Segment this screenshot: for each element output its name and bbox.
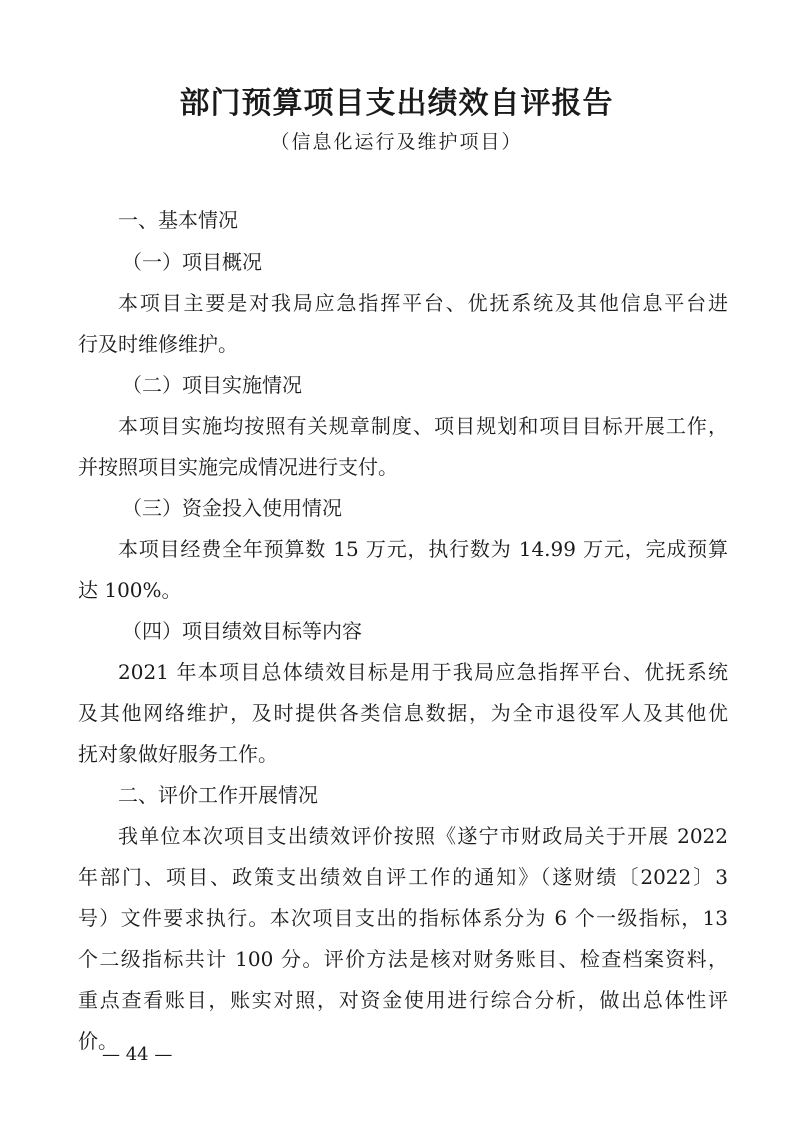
paragraph-line: 我单位本次项目支出绩效评价按照《遂宁市财政局关于开展 2022 [118, 824, 728, 848]
section-heading: 二、评价工作开展情况 [118, 783, 318, 807]
paragraph-line: 号）文件要求执行。本次项目支出的指标体系分为 6 个一级指标，13 [78, 906, 728, 930]
subsection-heading: （一）项目概况 [122, 250, 262, 274]
paragraph-line: 本项目经费全年预算数 15 万元，执行数为 14.99 万元，完成预算 [118, 537, 728, 561]
paragraph-line: 2021 年本项目总体绩效目标是用于我局应急指挥平台、优抚系统 [118, 660, 728, 684]
subsection-heading: （三）资金投入使用情况 [122, 496, 342, 520]
paragraph-line: 本项目主要是对我局应急指挥平台、优抚系统及其他信息平台进 [118, 291, 728, 315]
page-number: — 44 — [102, 1044, 172, 1065]
paragraph-line: 年部门、项目、政策支出绩效自评工作的通知》（遂财绩〔2022〕3 [78, 865, 728, 889]
paragraph-line: 本项目实施均按照有关规章制度、项目规划和项目目标开展工作， [118, 414, 728, 438]
paragraph-line: 行及时维修维护。 [78, 332, 238, 356]
subsection-heading: （二）项目实施情况 [122, 373, 302, 397]
paragraph-line: 抚对象做好服务工作。 [78, 742, 278, 766]
paragraph-line: 并按照项目实施完成情况进行支付。 [78, 455, 398, 479]
paragraph-line: 及其他网络维护，及时提供各类信息数据，为全市退役军人及其他优 [78, 701, 728, 725]
document-title: 部门预算项目支出绩效自评报告 [0, 78, 793, 122]
paragraph-line: 达 100%。 [78, 578, 182, 602]
document-subtitle: （信息化运行及维护项目） [0, 127, 793, 154]
paragraph-line: 个二级指标共计 100 分。评价方法是核对财务账目、检查档案资料， [78, 947, 728, 971]
paragraph-line: 重点查看账目，账实对照，对资金使用进行综合分析，做出总体性评 [78, 988, 728, 1012]
section-heading: 一、基本情况 [118, 208, 238, 232]
subsection-heading: （四）项目绩效目标等内容 [122, 619, 362, 643]
